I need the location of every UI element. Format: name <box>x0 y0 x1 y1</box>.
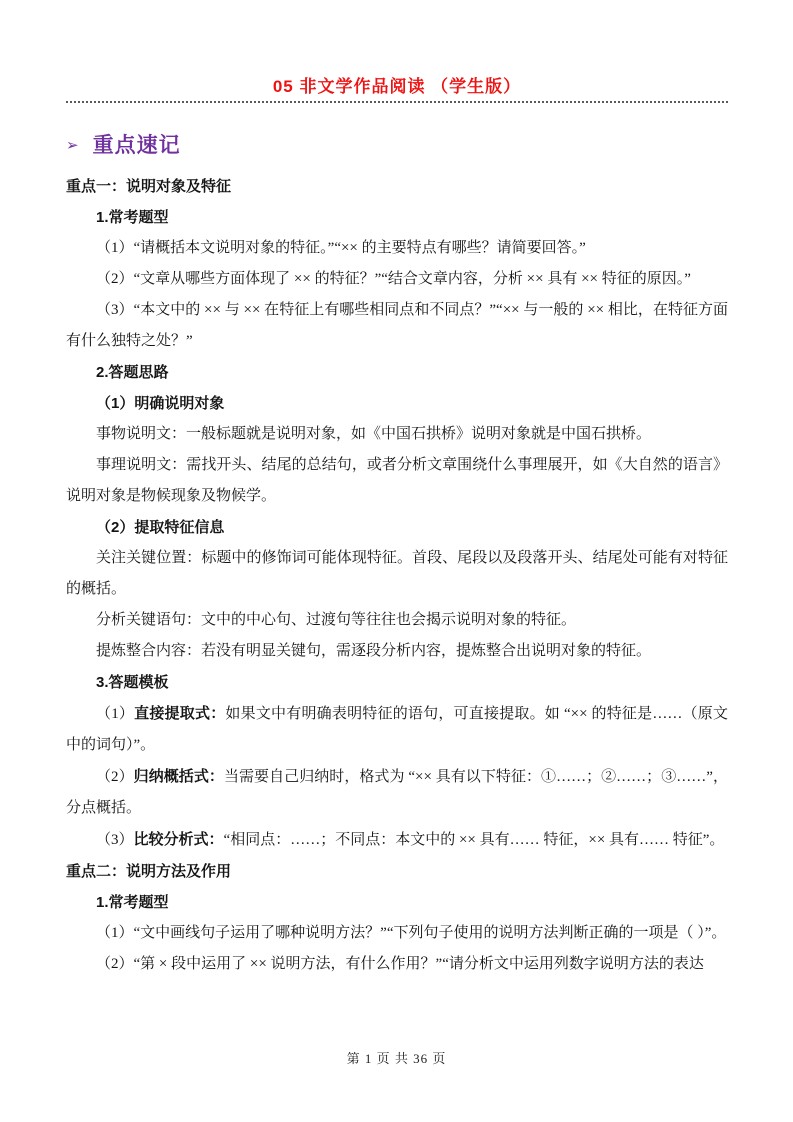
text-run: （3）“本文中的 ×× 与 ×× 在特征上有哪些相同点和不同点？”“×× 与一般… <box>66 302 728 349</box>
page-footer: 第 1 页 共 36 页 <box>0 1048 793 1067</box>
paragraph: （2）提取特征信息 <box>66 512 728 543</box>
text-run: 事理说明文：需找开头、结尾的总结句，或者分析文章围绕什么事理展开，如《大自然的语… <box>66 457 728 504</box>
bold-text-run: 重点一：说明对象及特征 <box>66 178 231 195</box>
paragraph: （1）“文中画线句子运用了哪种说明方法？”“下列句子使用的说明方法判断正确的一项… <box>66 918 728 949</box>
bold-text-run: 比较分析式： <box>134 831 224 848</box>
bold-text-run: 归纳概括式： <box>134 768 224 785</box>
text-run: （1）“文中画线句子运用了哪种说明方法？”“下列句子使用的说明方法判断正确的一项… <box>96 925 726 941</box>
text-run: （2） <box>96 769 134 785</box>
bold-text-run: （1）明确说明对象 <box>96 395 224 412</box>
paragraph: 事理说明文：需找开头、结尾的总结句，或者分析文章围绕什么事理展开，如《大自然的语… <box>66 450 728 512</box>
paragraph: （2）“第 × 段中运用了 ×× 说明方法，有什么作用？”“请分析文中运用列数字… <box>66 949 728 980</box>
text-run: 分析关键语句：文中的中心句、过渡句等往往也会揭示说明对象的特征。 <box>96 612 576 628</box>
paragraph: 3.答题模板 <box>66 667 728 698</box>
section-header: ➢ 重点速记 <box>66 129 728 159</box>
bold-text-run: 2.答题思路 <box>96 364 169 381</box>
text-run: （2）“第 × 段中运用了 ×× 说明方法，有什么作用？”“请分析文中运用列数字… <box>96 956 704 972</box>
paragraph: 2.答题思路 <box>66 357 728 388</box>
bold-text-run: 1.常考题型 <box>96 894 169 911</box>
paragraph: （2）归纳概括式：当需要自己归纳时，格式为 “×× 具有以下特征：①……；②……… <box>66 761 728 824</box>
bold-text-run: （2）提取特征信息 <box>96 519 224 536</box>
paragraph: （3）比较分析式：“相同点：……；不同点：本文中的 ×× 具有…… 特征，×× … <box>66 824 728 856</box>
text-run: 提炼整合内容：若没有明显关键句，需逐段分析内容，提炼整合出说明对象的特征。 <box>96 643 651 659</box>
text-run: （2）“文章从哪些方面体现了 ×× 的特征？”“结合文章内容，分析 ×× 具有 … <box>96 271 691 287</box>
text-run: （1） <box>96 706 134 722</box>
document-page: 05 非文学作品阅读 （学生版） ➢ 重点速记 重点一：说明对象及特征1.常考题… <box>0 0 793 1122</box>
paragraph: 重点一：说明对象及特征 <box>66 171 728 202</box>
paragraph: （1）明确说明对象 <box>66 388 728 419</box>
text-run: （1）“请概括本文说明对象的特征。”“×× 的主要特点有哪些？请简要回答。” <box>96 240 586 256</box>
paragraph: 分析关键语句：文中的中心句、过渡句等往往也会揭示说明对象的特征。 <box>66 605 728 636</box>
paragraph: 提炼整合内容：若没有明显关键句，需逐段分析内容，提炼整合出说明对象的特征。 <box>66 636 728 667</box>
paragraph: 重点二：说明方法及作用 <box>66 856 728 887</box>
paragraph: （1）直接提取式：如果文中有明确表明特征的语句，可直接提取。如 “×× 的特征是… <box>66 698 728 761</box>
section-title: 重点速记 <box>93 129 181 159</box>
paragraph: （3）“本文中的 ×× 与 ×× 在特征上有哪些相同点和不同点？”“×× 与一般… <box>66 295 728 357</box>
document-body: 重点一：说明对象及特征1.常考题型（1）“请概括本文说明对象的特征。”“×× 的… <box>66 171 728 980</box>
page-title: 05 非文学作品阅读 （学生版） <box>66 0 728 97</box>
paragraph: 关注关键位置：标题中的修饰词可能体现特征。首段、尾段以及段落开头、结尾处可能有对… <box>66 543 728 605</box>
bold-text-run: 直接提取式： <box>134 705 225 722</box>
bold-text-run: 重点二：说明方法及作用 <box>66 863 231 880</box>
bold-text-run: 1.常考题型 <box>96 209 169 226</box>
paragraph: （1）“请概括本文说明对象的特征。”“×× 的主要特点有哪些？请简要回答。” <box>66 233 728 264</box>
paragraph: 1.常考题型 <box>66 887 728 918</box>
bold-text-run: 3.答题模板 <box>96 674 169 691</box>
text-run: （3） <box>96 832 134 848</box>
title-divider <box>66 101 728 103</box>
paragraph: （2）“文章从哪些方面体现了 ×× 的特征？”“结合文章内容，分析 ×× 具有 … <box>66 264 728 295</box>
text-run: 关注关键位置：标题中的修饰词可能体现特征。首段、尾段以及段落开头、结尾处可能有对… <box>66 550 728 597</box>
text-run: 事物说明文：一般标题就是说明对象，如《中国石拱桥》说明对象就是中国石拱桥。 <box>96 426 651 442</box>
paragraph: 1.常考题型 <box>66 202 728 233</box>
arrow-bullet-icon: ➢ <box>66 136 80 154</box>
paragraph: 事物说明文：一般标题就是说明对象，如《中国石拱桥》说明对象就是中国石拱桥。 <box>66 419 728 450</box>
text-run: “相同点：……；不同点：本文中的 ×× 具有…… 特征，×× 具有…… 特征”。 <box>224 832 725 848</box>
